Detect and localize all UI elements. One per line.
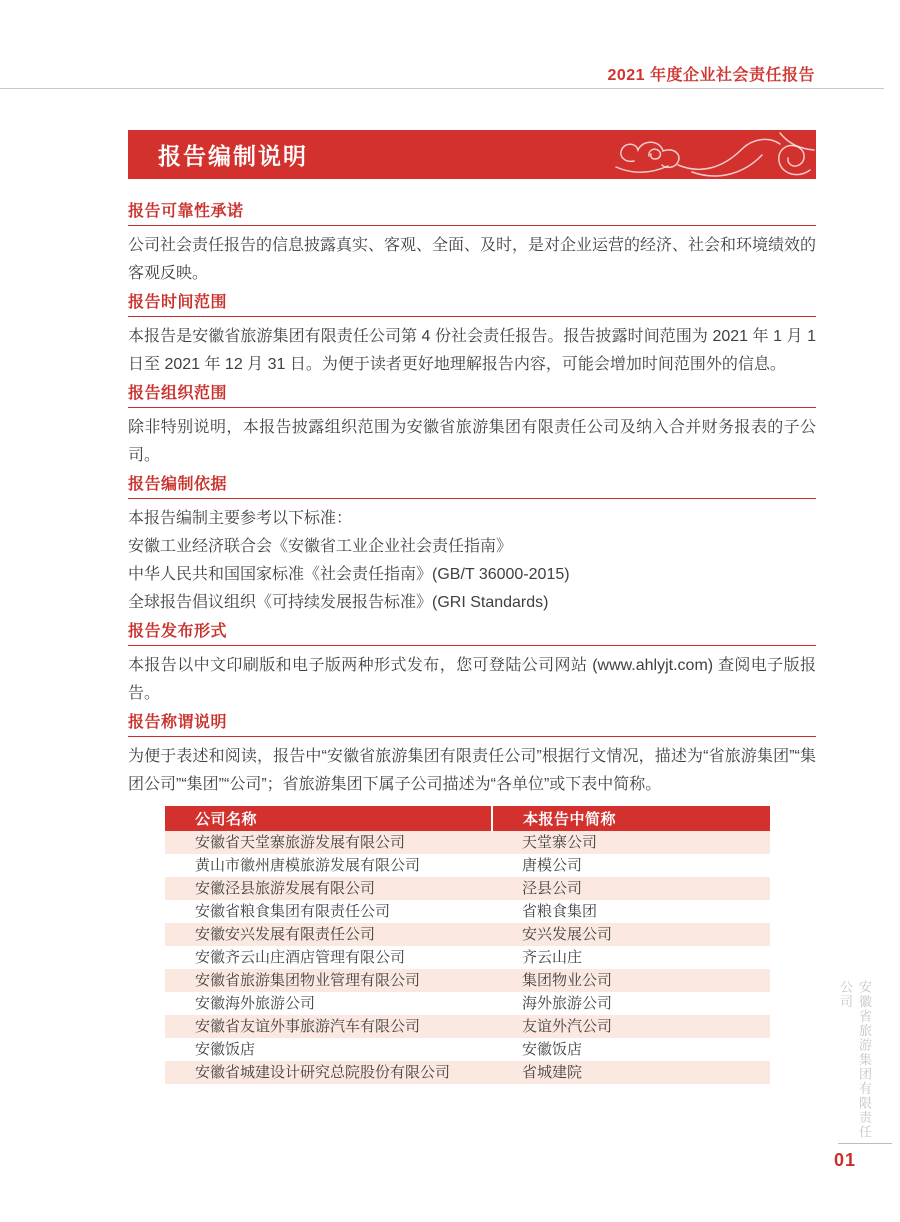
section-heading: 报告发布形式 (128, 623, 816, 646)
table-row: 安徽省粮食集团有限责任公司 省粮食集团 (165, 900, 770, 923)
abbreviation-cell: 友谊外汽公司 (492, 1015, 770, 1038)
section-body: 除非特别说明，本报告披露组织范围为安徽省旅游集团有限责任公司及纳入合并财务报表的… (128, 414, 816, 470)
company-name-cell: 安徽省天堂寨旅游发展有限公司 (165, 831, 492, 854)
section-body: 本报告以中文印刷版和电子版两种形式发布，您可登陆公司网站 (www.ahlyjt… (128, 652, 816, 708)
company-name-cell: 安徽海外旅游公司 (165, 992, 492, 1015)
company-name-cell: 安徽省粮食集团有限责任公司 (165, 900, 492, 923)
report-page: 2021 年度企业社会责任报告 报告编制说明 报告可靠性承诺 公司社会责任报告的… (0, 0, 900, 1222)
section-heading: 报告时间范围 (128, 294, 816, 317)
company-name-cell: 安徽齐云山庄酒店管理有限公司 (165, 946, 492, 969)
report-section: 报告编制依据 本报告编制主要参考以下标准： 安徽工业经济联合会《安徽省工业企业社… (128, 476, 816, 617)
section-body: 公司社会责任报告的信息披露真实、客观、全面、及时，是对企业运营的经济、社会和环境… (128, 232, 816, 288)
report-section: 报告发布形式 本报告以中文印刷版和电子版两种形式发布，您可登陆公司网站 (www… (128, 623, 816, 708)
table-row: 黄山市徽州唐模旅游发展有限公司 唐模公司 (165, 854, 770, 877)
table-header-row: 公司名称 本报告中简称 (165, 806, 770, 831)
section-body: 为便于表述和阅读，报告中“安徽省旅游集团有限责任公司”根据行文情况，描述为“省旅… (128, 743, 816, 799)
table-row: 安徽齐云山庄酒店管理有限公司 齐云山庄 (165, 946, 770, 969)
section-heading: 报告组织范围 (128, 385, 816, 408)
report-meta-title: 2021 年度企业社会责任报告 (607, 62, 815, 85)
cloud-decoration-icon (600, 130, 816, 179)
company-abbreviation-table: 公司名称 本报告中简称 安徽省天堂寨旅游发展有限公司 天堂寨公司 黄山市徽州唐模… (165, 806, 770, 1084)
company-name-cell: 安徽省友谊外事旅游汽车有限公司 (165, 1015, 492, 1038)
table-row: 安徽省旅游集团物业管理有限公司 集团物业公司 (165, 969, 770, 992)
table-row: 安徽饭店 安徽饭店 (165, 1038, 770, 1061)
abbreviation-cell: 安徽饭店 (492, 1038, 770, 1061)
column-header-abbreviation: 本报告中简称 (492, 806, 770, 831)
report-section: 报告组织范围 除非特别说明，本报告披露组织范围为安徽省旅游集团有限责任公司及纳入… (128, 385, 816, 470)
company-name-cell: 安徽饭店 (165, 1038, 492, 1061)
table-row: 安徽省天堂寨旅游发展有限公司 天堂寨公司 (165, 831, 770, 854)
company-name-cell: 安徽泾县旅游发展有限公司 (165, 877, 492, 900)
abbreviation-cell: 泾县公司 (492, 877, 770, 900)
company-name-cell: 黄山市徽州唐模旅游发展有限公司 (165, 854, 492, 877)
abbreviation-cell: 安兴发展公司 (492, 923, 770, 946)
table-row: 安徽省城建设计研究总院股份有限公司 省城建院 (165, 1061, 770, 1084)
abbreviation-cell: 省粮食集团 (492, 900, 770, 923)
section-heading: 报告可靠性承诺 (128, 203, 816, 226)
column-header-company-name: 公司名称 (165, 806, 492, 831)
report-section: 报告可靠性承诺 公司社会责任报告的信息披露真实、客观、全面、及时，是对企业运营的… (128, 203, 816, 288)
section-banner: 报告编制说明 (128, 130, 816, 179)
report-section: 报告称谓说明 为便于表述和阅读，报告中“安徽省旅游集团有限责任公司”根据行文情况… (128, 714, 816, 799)
abbreviation-cell: 集团物业公司 (492, 969, 770, 992)
abbreviation-cell: 唐模公司 (492, 854, 770, 877)
footer-divider (838, 1143, 892, 1144)
page-number: 01 (834, 1150, 856, 1171)
abbreviation-cell: 天堂寨公司 (492, 831, 770, 854)
report-content: 报告可靠性承诺 公司社会责任报告的信息披露真实、客观、全面、及时，是对企业运营的… (128, 203, 816, 1084)
section-heading: 报告编制依据 (128, 476, 816, 499)
section-heading: 报告称谓说明 (128, 714, 816, 737)
abbreviation-cell: 海外旅游公司 (492, 992, 770, 1015)
company-name-cell: 安徽省旅游集团物业管理有限公司 (165, 969, 492, 992)
report-section: 报告时间范围 本报告是安徽省旅游集团有限责任公司第 4 份社会责任报告。报告披露… (128, 294, 816, 379)
table-row: 安徽泾县旅游发展有限公司 泾县公司 (165, 877, 770, 900)
side-company-name: 安徽省旅游集团有限责任公司 (836, 980, 874, 1150)
table-row: 安徽省友谊外事旅游汽车有限公司 友谊外汽公司 (165, 1015, 770, 1038)
table-row: 安徽海外旅游公司 海外旅游公司 (165, 992, 770, 1015)
abbreviation-cell: 省城建院 (492, 1061, 770, 1084)
banner-title: 报告编制说明 (128, 138, 308, 171)
abbreviation-cell: 齐云山庄 (492, 946, 770, 969)
header-divider (0, 88, 884, 89)
company-name-cell: 安徽省城建设计研究总院股份有限公司 (165, 1061, 492, 1084)
section-body: 本报告编制主要参考以下标准： 安徽工业经济联合会《安徽省工业企业社会责任指南》 … (128, 505, 816, 617)
table-row: 安徽安兴发展有限责任公司 安兴发展公司 (165, 923, 770, 946)
company-name-cell: 安徽安兴发展有限责任公司 (165, 923, 492, 946)
section-body: 本报告是安徽省旅游集团有限责任公司第 4 份社会责任报告。报告披露时间范围为 2… (128, 323, 816, 379)
